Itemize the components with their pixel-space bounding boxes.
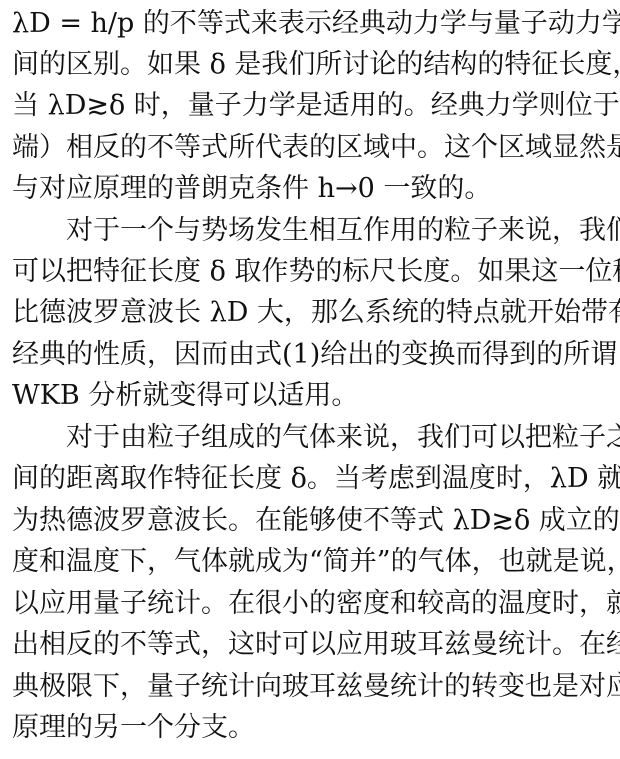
text-line: 间的区别。如果 δ 是我们所讨论的结构的特征长度，则 [12, 45, 608, 85]
text-line: 以应用量子统计。在很小的密度和较高的温度时，就给 [12, 584, 608, 624]
text-line: 出相反的不等式，这时可以应用玻耳兹曼统计。在经 [12, 625, 608, 665]
text-line: 为热德波罗意波长。在能够使不等式 λD≳δ 成立的密 [12, 501, 608, 541]
text-line: 可以把特征长度 δ 取作势的标尺长度。如果这一位移 [12, 252, 608, 292]
text-line: 典极限下，量子统计向玻耳兹曼统计的转变也是对应 [12, 667, 608, 707]
text-line: 间的距离取作特征长度 δ。当考虑到温度时，λD 就成 [12, 459, 608, 499]
paragraph-start-line: 对于由粒子组成的气体来说，我们可以把粒子之 [66, 418, 608, 458]
paragraph-start-line: 对于一个与势场发生相互作用的粒子来说，我们 [66, 211, 608, 251]
text-line: 与对应原理的普朗克条件 h→0 一致的。 [12, 169, 608, 209]
document-page: λD = h/p 的不等式来表示经典动力学与量子动力学之 间的区别。如果 δ 是… [0, 0, 620, 759]
text-line: 经典的性质，因而由式(1)给出的变换而得到的所谓 [12, 335, 608, 375]
text-line: 当 λD≳δ 时，量子力学是适用的。经典力学则位于(极 [12, 86, 608, 126]
text-line: 端）相反的不等式所代表的区域中。这个区域显然是 [12, 128, 608, 168]
text-line: 比德波罗意波长 λD 大，那么系统的特点就开始带有 [12, 293, 608, 333]
text-line: 原理的另一个分支。 [12, 708, 608, 748]
text-line: WKB 分析就变得可以适用。 [12, 376, 608, 416]
text-line: 度和温度下，气体就成为“简并”的气体，也就是说，可 [12, 542, 608, 582]
text-line: λD = h/p 的不等式来表示经典动力学与量子动力学之 [12, 4, 608, 44]
